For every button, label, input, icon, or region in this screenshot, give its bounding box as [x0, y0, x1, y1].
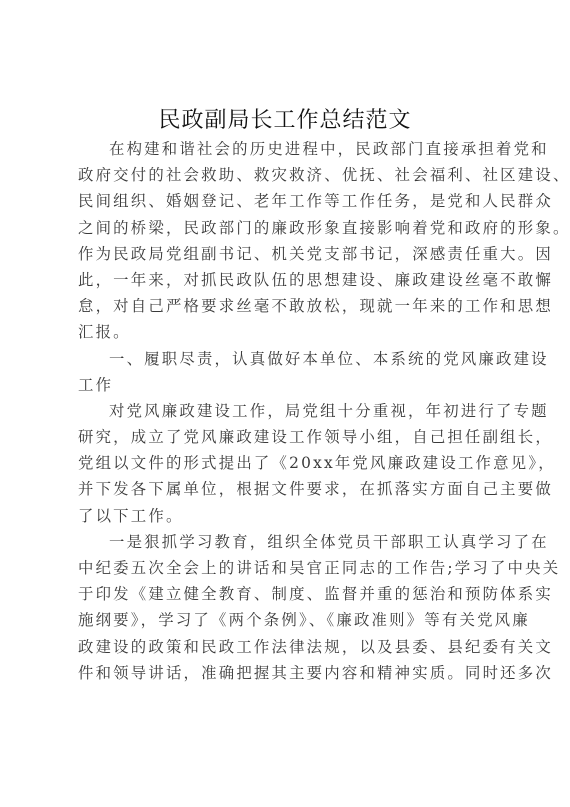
body-text-line: 民间组织、婚姻登记、老年工作等工作任务，是党和人民群众 [78, 188, 498, 214]
body-text-line: 对党风廉政建设工作，局党组十分重视，年初进行了专题 [78, 398, 498, 424]
body-text-line: 并下发各下属单位，根据文件要求，在抓落实方面自己主要做 [78, 476, 498, 502]
body-text-line: 了以下工作。 [78, 503, 498, 529]
body-text-line: 一、履职尽责，认真做好本单位、本系统的党风廉政建设 [78, 346, 498, 372]
body-text-line: 党组以文件的形式提出了《20xx年党风廉政建设工作意见》， [78, 450, 498, 476]
body-text-line: 政建设的政策和民政工作法律法规，以及县委、县纪委有关文 [78, 634, 498, 660]
body-text-line: 工作 [78, 372, 498, 398]
body-text-line: 件和领导讲话，准确把握其主要内容和精神实质。同时还多次 [78, 660, 498, 686]
body-text-line: 在构建和谐社会的历史进程中，民政部门直接承担着党和 [78, 136, 498, 162]
body-text-line: 怠，对自己严格要求丝毫不敢放松，现就一年来的工作和思想 [78, 293, 498, 319]
body-text-line: 中纪委五次全会上的讲话和吴官正同志的工作告;学习了中央关 [78, 555, 498, 581]
body-text-line: 汇报。 [78, 319, 498, 345]
document-body: 在构建和谐社会的历史进程中，民政部门直接承担着党和政府交付的社会救助、救灾救济、… [78, 136, 498, 686]
body-text-line: 施纲要》，学习了《两个条例》、《廉政准则》等有关党风廉 [78, 607, 498, 633]
document-title: 民政副局长工作总结范文 [0, 106, 570, 136]
body-text-line: 政府交付的社会救助、救灾救济、优抚、社会福利、社区建设、 [78, 162, 498, 188]
body-text-line: 研究，成立了党风廉政建设工作领导小组，自己担任副组长， [78, 424, 498, 450]
body-text-line: 于印发《建立健全教育、制度、监督并重的惩治和预防体系实 [78, 581, 498, 607]
body-text-line: 作为民政局党组副书记、机关党支部书记，深感责任重大。因 [78, 241, 498, 267]
document-page: 民政副局长工作总结范文 在构建和谐社会的历史进程中，民政部门直接承担着党和政府交… [0, 0, 570, 807]
body-text-line: 之间的桥梁，民政部门的廉政形象直接影响着党和政府的形象。 [78, 215, 498, 241]
body-text-line: 此，一年来，对抓民政队伍的思想建设、廉政建设丝毫不敢懈 [78, 267, 498, 293]
body-text-line: 一是狠抓学习教育，组织全体党员干部职工认真学习了在 [78, 529, 498, 555]
